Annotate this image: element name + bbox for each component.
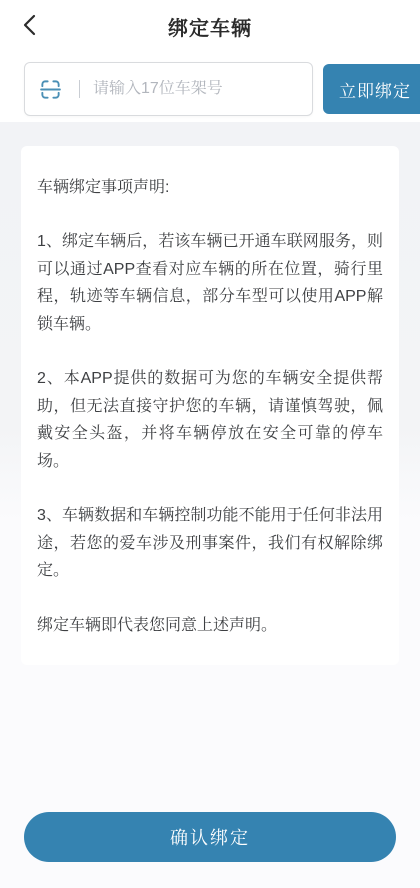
declaration-paragraph-1: 1、绑定车辆后，若该车辆已开通车联网服务，则可以通过APP查看对应车辆的所在位置… xyxy=(37,228,383,338)
flex-spacer xyxy=(21,665,399,812)
vin-input-box[interactable] xyxy=(24,62,313,116)
chevron-left-icon xyxy=(19,12,41,41)
declaration-paragraph-2: 2、本APP提供的数据可为您的车辆安全提供帮助，但无法直接守护您的车辆，请谨慎驾… xyxy=(37,365,383,475)
declaration-paragraph-3: 3、车辆数据和车辆控制功能不能用于任何非法用途，若您的爱车涉及刑事案件，我们有权… xyxy=(37,502,383,585)
content-area: 车辆绑定事项声明: 1、绑定车辆后，若该车辆已开通车联网服务，则可以通过APP查… xyxy=(0,122,420,888)
bind-now-button[interactable]: 立即绑定 xyxy=(323,64,420,114)
vin-input[interactable] xyxy=(93,80,300,98)
confirm-bind-button[interactable]: 确认绑定 xyxy=(24,812,396,862)
vin-form-row: 立即绑定 xyxy=(0,52,420,122)
declaration-heading: 车辆绑定事项声明: xyxy=(37,174,383,201)
nav-bar: 绑定车辆 xyxy=(0,0,420,52)
page-title: 绑定车辆 xyxy=(168,12,252,41)
declaration-card: 车辆绑定事项声明: 1、绑定车辆后，若该车辆已开通车联网服务，则可以通过APP查… xyxy=(21,146,399,665)
bind-vehicle-screen: 绑定车辆 立即绑定 车辆绑定事项声明: 1、绑定车辆后，若该车辆已开通车联网服务… xyxy=(0,0,420,888)
input-divider xyxy=(79,80,80,98)
back-button[interactable] xyxy=(10,6,50,46)
declaration-footnote: 绑定车辆即代表您同意上述声明。 xyxy=(37,612,383,640)
scan-frame-icon[interactable] xyxy=(39,78,62,101)
